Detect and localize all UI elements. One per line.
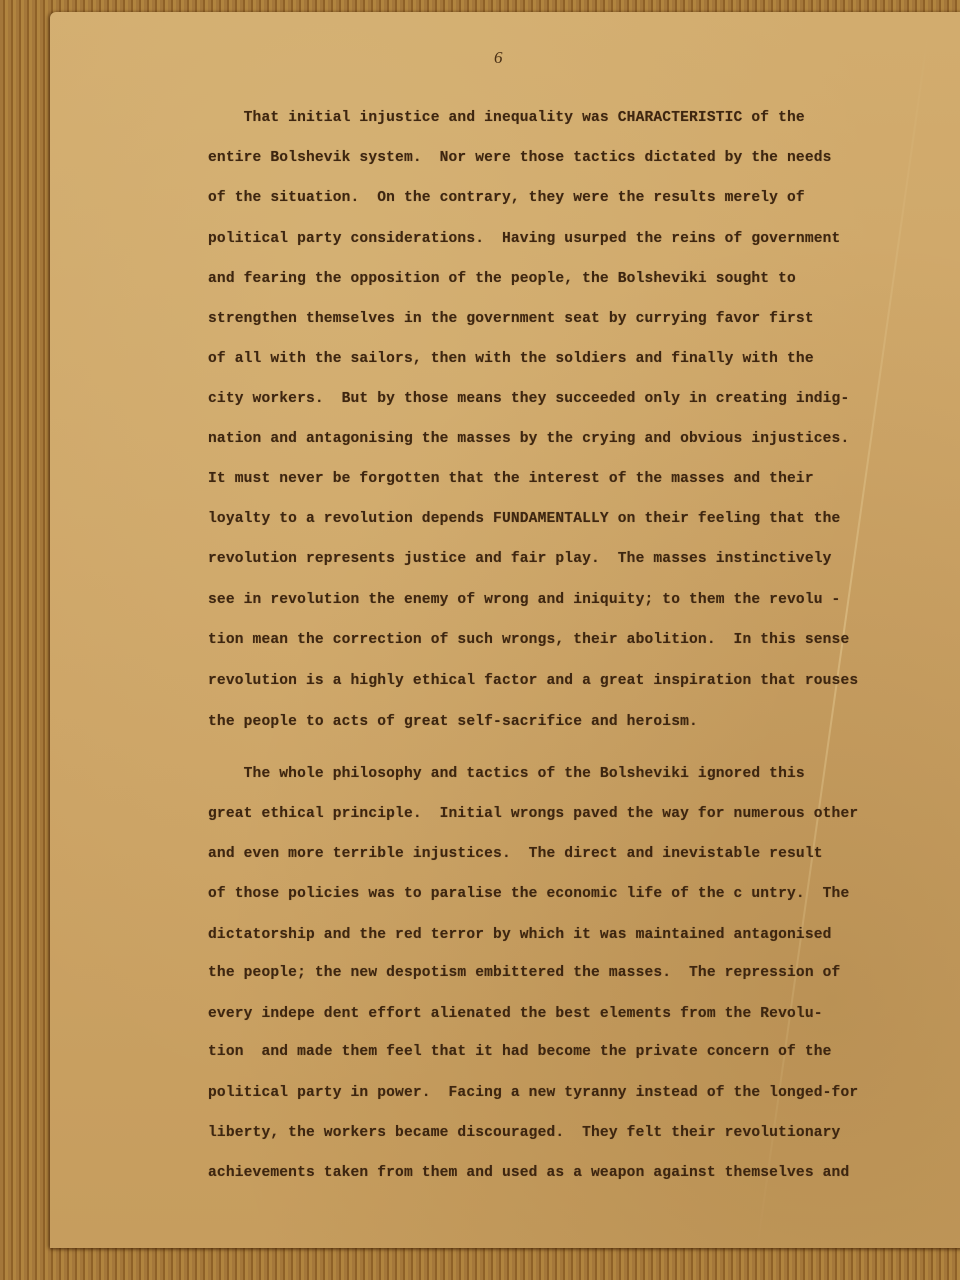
- text-line: and fearing the opposition of the people…: [208, 269, 796, 289]
- text-line: tion mean the correction of such wrongs,…: [208, 630, 849, 650]
- text-line: every indepe dent effort alienated the b…: [208, 1004, 823, 1024]
- text-line: strengthen themselves in the government …: [208, 309, 814, 329]
- text-line: tion and made them feel that it had beco…: [208, 1042, 832, 1062]
- text-line: the people to acts of great self-sacrifi…: [208, 712, 698, 732]
- text-line: achievements taken from them and used as…: [208, 1163, 849, 1183]
- text-line: entire Bolshevik system. Nor were those …: [208, 148, 832, 168]
- text-line: The whole philosophy and tactics of the …: [208, 764, 805, 784]
- text-line: It must never be forgotten that the inte…: [208, 469, 814, 489]
- text-line: loyalty to a revolution depends FUNDAMEN…: [208, 509, 840, 529]
- text-line: great ethical principle. Initial wrongs …: [208, 804, 858, 824]
- text-line: political party considerations. Having u…: [208, 229, 840, 249]
- text-line: the people; the new despotism embittered…: [208, 963, 840, 983]
- text-line: and even more terrible injustices. The d…: [208, 844, 823, 864]
- text-line: of all with the sailors, then with the s…: [208, 349, 814, 369]
- page-number: 6: [494, 48, 503, 68]
- text-line: nation and antagonising the masses by th…: [208, 429, 849, 449]
- text-line: city workers. But by those means they su…: [208, 389, 849, 409]
- text-line: see in revolution the enemy of wrong and…: [208, 590, 840, 610]
- text-line: political party in power. Facing a new t…: [208, 1083, 858, 1103]
- text-line: That initial injustice and inequality wa…: [208, 108, 805, 128]
- text-line: liberty, the workers became discouraged.…: [208, 1123, 840, 1143]
- text-line: revolution is a highly ethical factor an…: [208, 671, 858, 691]
- text-line: of the situation. On the contrary, they …: [208, 188, 805, 208]
- text-line: revolution represents justice and fair p…: [208, 549, 832, 569]
- text-line: dictatorship and the red terror by which…: [208, 925, 832, 945]
- text-line: of those policies was to paralise the ec…: [208, 884, 849, 904]
